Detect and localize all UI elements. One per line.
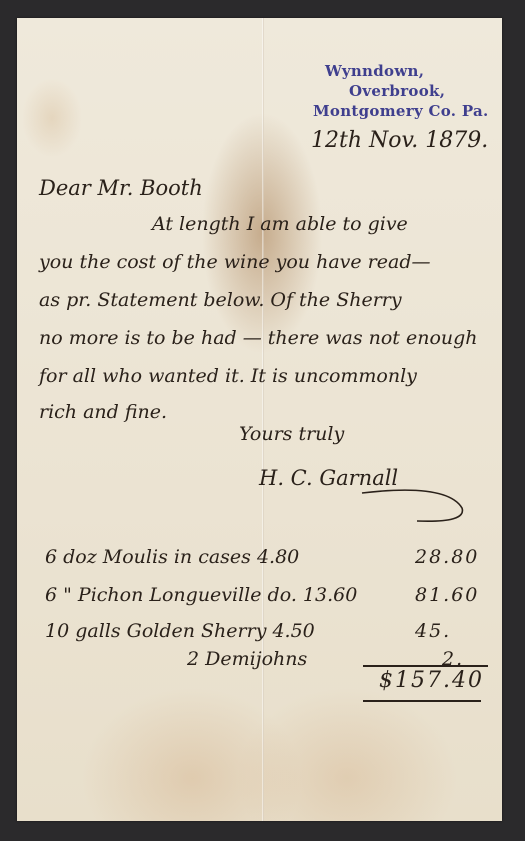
closing: Yours truly xyxy=(239,423,344,445)
salutation: Dear Mr. Booth xyxy=(39,176,203,200)
statement-item-2-amount: 81.60 xyxy=(415,584,479,606)
body-line-3: as pr. Statement below. Of the Sherry xyxy=(39,289,402,311)
statement-item-2-desc: 6 " Pichon Longueville do. 13.60 xyxy=(45,584,357,606)
body-line-1: At length I am able to give xyxy=(152,213,408,235)
fold-line xyxy=(262,18,264,821)
letter-paper: Wynndown, Overbrook, Montgomery Co. Pa. … xyxy=(17,18,502,821)
letter-date: 12th Nov. 1879. xyxy=(311,128,488,153)
letterhead-line-1: Wynndown, xyxy=(325,62,424,80)
letterhead-line-2: Overbrook, xyxy=(349,82,445,100)
statement-item-1-desc: 6 doz Moulis in cases 4.80 xyxy=(45,546,299,568)
body-line-2: you the cost of the wine you have read— xyxy=(39,251,431,273)
statement-item-4-desc: 2 Demijohns xyxy=(187,648,307,670)
total-rule-bottom xyxy=(363,700,481,702)
letterhead-line-3: Montgomery Co. Pa. xyxy=(313,102,489,120)
body-line-6: rich and fine. xyxy=(39,401,167,423)
signature-flourish xyxy=(357,473,477,533)
body-line-5: for all who wanted it. It is uncommonly xyxy=(39,365,417,387)
total-rule-top xyxy=(363,665,488,667)
statement-item-4-amount: 2. xyxy=(442,648,464,670)
statement-total: $157.40 xyxy=(379,668,484,693)
statement-item-3-desc: 10 galls Golden Sherry 4.50 xyxy=(45,620,315,642)
statement-item-1-amount: 28.80 xyxy=(415,546,479,568)
statement-item-3-amount: 45. xyxy=(415,620,451,642)
body-line-4: no more is to be had — there was not eno… xyxy=(39,327,478,349)
